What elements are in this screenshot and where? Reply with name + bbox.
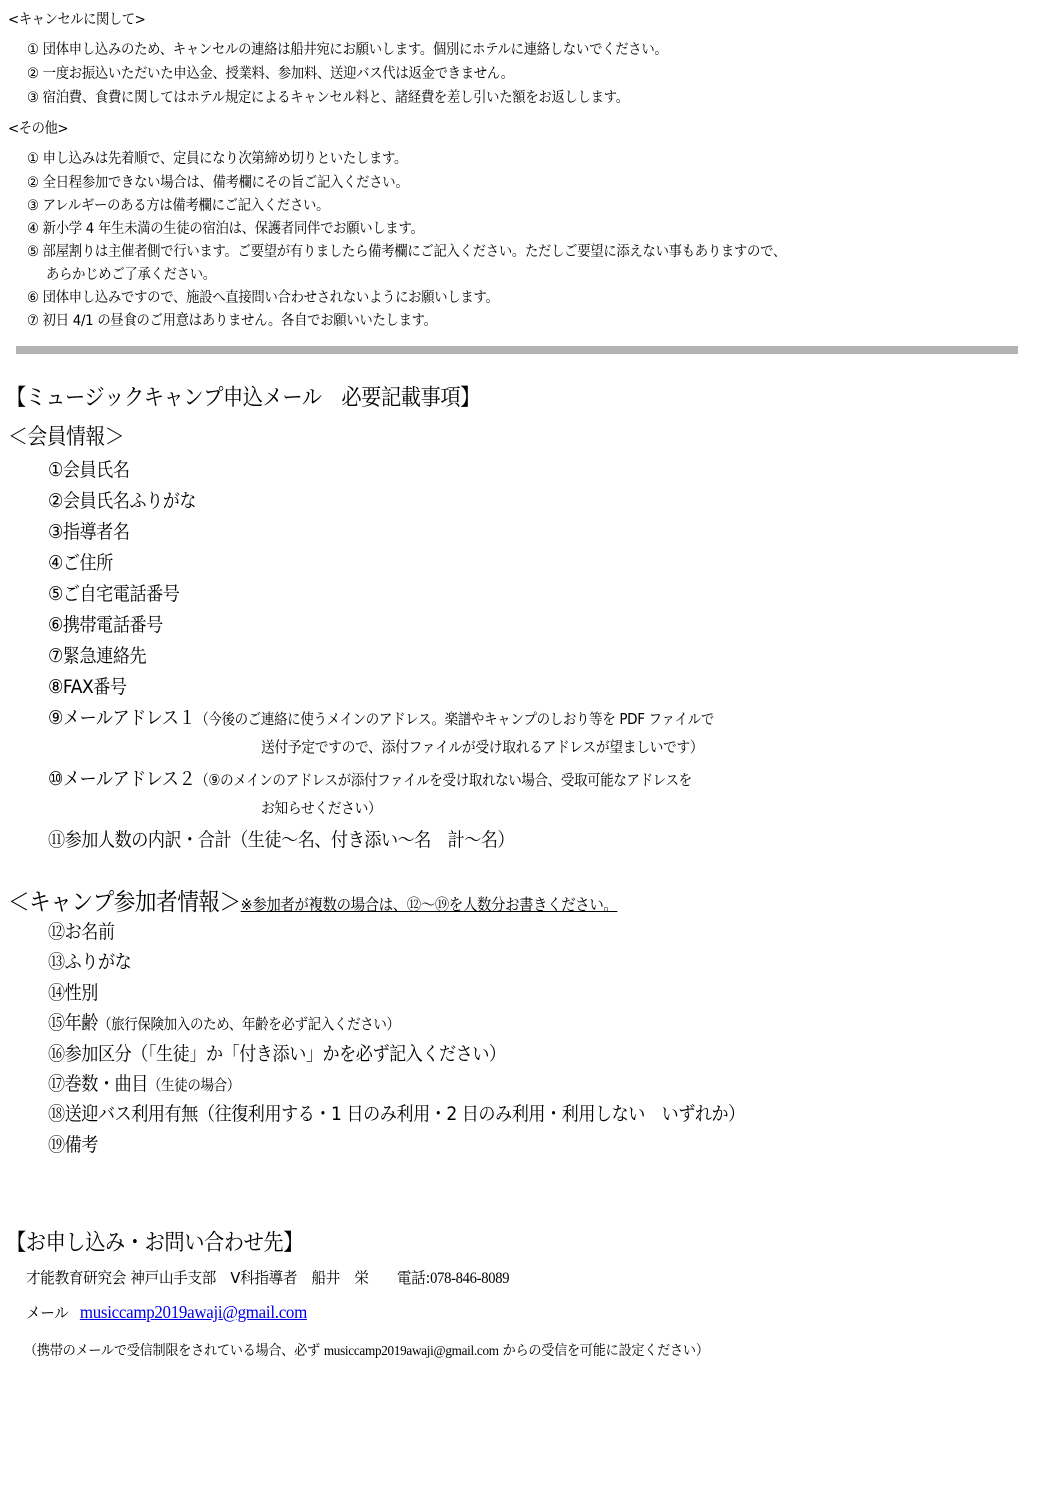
- participant-item-12: ⑫お名前: [48, 917, 115, 944]
- repertoire-note: （生徒の場合）: [148, 1076, 240, 1094]
- member-item-7: ⑦緊急連絡先: [48, 641, 146, 668]
- contact-note-prefix: （携帯のメールで受信制限をされている場合、必ず: [24, 1343, 324, 1359]
- member-item-8: ⑧FAX番号: [48, 672, 127, 699]
- contact-org-line: 才能教育研究会 神戸山手支部 V科指導者 船井 栄電話:078-846-8089: [26, 1266, 509, 1288]
- phone-number: 078-846-8089: [430, 1270, 509, 1287]
- member-item-10: ⑩メールアドレス２（⑨のメインのアドレスが添付ファイルを受け取れない場合、受取可…: [48, 764, 692, 791]
- mail-label: メール: [26, 1304, 69, 1322]
- participant-item-13: ⑬ふりがな: [48, 947, 131, 974]
- other-item-2: ② 全日程参加できない場合は、備考欄にその旨ご記入ください。: [27, 171, 408, 192]
- member-item-9: ⑨メールアドレス１（今後のご連絡に使うメインのアドレス。楽譜やキャンプのしおり等…: [48, 703, 714, 730]
- cancel-heading: <キャンセルに関して>: [8, 8, 145, 29]
- email1-note: （今後のご連絡に使うメインのアドレス。楽譜やキャンプのしおり等を PDF ファイ…: [195, 710, 714, 728]
- member-item-5: ⑤ご自宅電話番号: [48, 579, 179, 606]
- age-label: ⑮年齢: [48, 1012, 98, 1034]
- other-item-3: ③ アレルギーのある方は備考欄にご記入ください。: [27, 194, 329, 215]
- participant-item-14: ⑭性別: [48, 978, 98, 1005]
- email1-note-cont: 送付予定ですので、添付ファイルが受け取れるアドレスが望ましいです）: [261, 736, 703, 757]
- contact-org: 才能教育研究会 神戸山手支部 V科指導者 船井 栄: [26, 1269, 369, 1287]
- participant-heading-label: ＜キャンプ参加者情報＞: [8, 888, 241, 916]
- email2-note-cont: お知らせください）: [261, 797, 381, 818]
- other-heading: <その他>: [8, 117, 68, 138]
- other-item-5: ⑤ 部屋割りは主催者側で行います。ご要望が有りましたら備考欄にご記入ください。た…: [27, 240, 786, 261]
- member-item-3: ③指導者名: [48, 517, 129, 544]
- cancel-item-1: ① 団体申し込みのため、キャンセルの連絡は船井宛にお願いします。個別にホテルに連…: [27, 38, 667, 59]
- member-item-11: ⑪参加人数の内訳・合計（生徒～名、付き添い～名 計～名）: [48, 825, 514, 852]
- cancel-item-2: ② 一度お振込いただいた申込金、授業料、参加料、送迎バス代は返金できません。: [27, 62, 514, 83]
- participant-info-heading: ＜キャンプ参加者情報＞※参加者が複数の場合は、⑫～⑲を人数分お書きください。: [8, 882, 617, 917]
- contact-note-email: musiccamp2019awaji@gmail.com: [324, 1344, 499, 1359]
- participant-item-17: ⑰巻数・曲目（生徒の場合）: [48, 1069, 240, 1096]
- other-item-7: ⑦ 初日 4/1 の昼食のご用意はありません。各自でお願いいたします。: [27, 309, 437, 330]
- other-item-5-cont: あらかじめご了承ください。: [46, 263, 216, 284]
- participant-note: ※参加者が複数の場合は、⑫～⑲を人数分お書きください。: [241, 895, 618, 914]
- other-item-1: ① 申し込みは先着順で、定員になり次第締め切りといたします。: [27, 147, 407, 168]
- contact-mail-line: メールmusiccamp2019awaji@gmail.com: [26, 1301, 307, 1323]
- member-item-4: ④ご住所: [48, 548, 113, 575]
- participant-item-16: ⑯参加区分（「生徒」か「付き添い」かを必ず記入ください）: [48, 1039, 506, 1066]
- contact-note: （携帯のメールで受信制限をされている場合、必ず musiccamp2019awa…: [24, 1340, 709, 1360]
- participant-item-15: ⑮年齢（旅行保険加入のため、年齢を必ず記入ください）: [48, 1008, 400, 1035]
- email1-label: ⑨メールアドレス１: [48, 707, 195, 729]
- mail-requirements-title: 【ミュージックキャンプ申込メール 必要記載事項】: [6, 380, 480, 412]
- participant-item-19: ⑲備考: [48, 1130, 98, 1157]
- age-note: （旅行保険加入のため、年齢を必ず記入ください）: [98, 1015, 400, 1033]
- repertoire-label: ⑰巻数・曲目: [48, 1073, 148, 1095]
- email2-label: ⑩メールアドレス２: [48, 768, 195, 790]
- member-item-2: ②会員氏名ふりがな: [48, 486, 196, 513]
- other-item-6: ⑥ 団体申し込みですので、施設へ直接問い合わせされないようにお願いします。: [27, 286, 499, 307]
- member-item-1: ①会員氏名: [48, 455, 129, 482]
- phone-label: 電話:: [397, 1269, 430, 1287]
- member-info-heading: ＜会員情報＞: [8, 420, 124, 451]
- email2-note: （⑨のメインのアドレスが添付ファイルを受け取れない場合、受取可能なアドレスを: [195, 771, 692, 789]
- contact-title: 【お申し込み・お問い合わせ先】: [6, 1225, 303, 1257]
- email-link[interactable]: musiccamp2019awaji@gmail.com: [80, 1302, 307, 1322]
- other-item-4: ④ 新小学 4 年生未満の生徒の宿泊は、保護者同伴でお願いします。: [27, 217, 424, 238]
- member-item-6: ⑥携帯電話番号: [48, 610, 163, 637]
- contact-note-suffix: からの受信を可能に設定ください）: [499, 1343, 709, 1359]
- participant-item-18: ⑱送迎バス利用有無（往復利用する・1 日のみ利用・2 日のみ利用・利用しない い…: [48, 1099, 745, 1126]
- section-divider: [16, 346, 1018, 354]
- cancel-item-3: ③ 宿泊費、食費に関してはホテル規定によるキャンセル料と、諸経費を差し引いた額を…: [27, 86, 629, 107]
